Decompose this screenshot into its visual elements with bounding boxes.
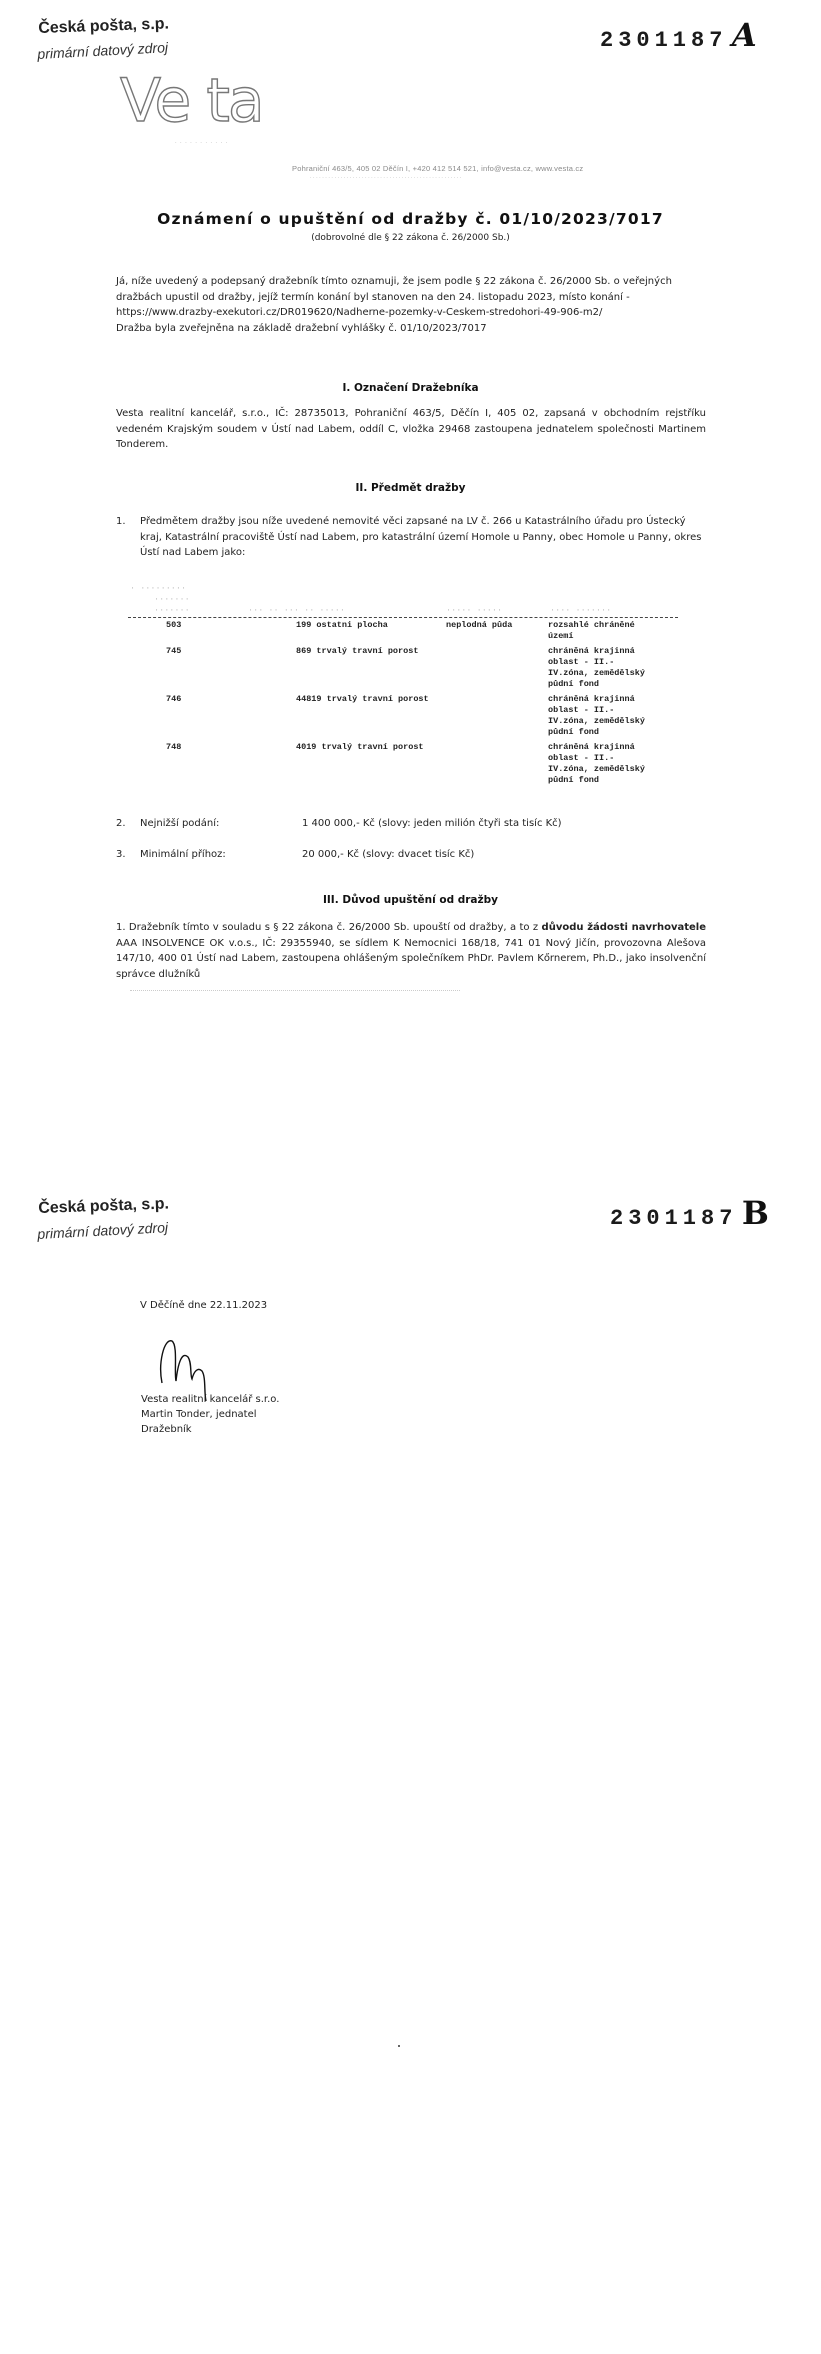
section3-text-prefix: 1. Dražebník tímto v souladu s § 22 záko… (116, 922, 542, 933)
logo-tagline: · · · · · · · · · · · (175, 140, 228, 146)
parcel-protection-line: IV.zóna, zemědělský (548, 764, 645, 775)
parcel-area-type: 44819 trvalý travní porost (296, 694, 446, 705)
parcel-protection-line: půdní fond (548, 775, 645, 786)
signatory-name: Martin Tonder, jednatel (141, 1407, 279, 1422)
parcel-protection-line: území (548, 631, 635, 642)
table-caption: · ········· (130, 583, 678, 594)
parcel-protection-line: IV.zóna, zemědělský (548, 716, 645, 727)
item3-value: 20 000,- Kč (slovy: dvacet tisíc Kč) (302, 847, 474, 863)
intro-line: dražbách upustil od dražby, jejíž termín… (116, 290, 706, 306)
parcel-usage: neplodná půda (446, 620, 512, 631)
postal-header-subtitle: primární datový zdroj (37, 39, 168, 62)
parcel-number: 503 (166, 620, 181, 631)
table-row: 74644819 trvalý travní porostchráněná kr… (128, 694, 678, 738)
parcel-protection-line: rozsahlé chráněné (548, 620, 635, 631)
parcel-protection-line: oblast - II.- (548, 657, 645, 668)
scan-speck (398, 2045, 400, 2047)
intro-line: Dražba byla zveřejněna na základě dražeb… (116, 321, 706, 337)
parcel-area-type: 199 ostatni plocha (296, 620, 446, 631)
item2-value: 1 400 000,- Kč (slovy: jeden milión čtyř… (302, 816, 562, 832)
item2-label: Nejnižší podání: (140, 816, 219, 832)
stamp-number: 2301187 (600, 28, 727, 53)
place-date: V Děčíně dne 22.11.2023 (140, 1298, 267, 1313)
document-stamp: 2301187 A (600, 16, 757, 54)
postal-header-name: Česká pošta, s.p. (38, 1195, 169, 1218)
stamp-letter: A (732, 16, 757, 54)
section-heading-1: I. Označení Dražebníka (0, 382, 821, 394)
parcel-protection: chráněná krajinnáoblast - II.-IV.zóna, z… (548, 646, 645, 690)
parcel-protection-line: oblast - II.- (548, 753, 645, 764)
signature-block: Vesta realitní kancelář s.r.o. Martin To… (141, 1392, 279, 1437)
parcel-number: 745 (166, 646, 181, 657)
section-heading-3: III. Důvod upuštění od dražby (0, 894, 821, 906)
parcel-protection-line: IV.zóna, zemědělský (548, 668, 645, 679)
table-row: 503199 ostatni plochaneplodná půdarozsah… (128, 620, 678, 642)
parcel-protection-line: půdní fond (548, 679, 645, 690)
letterhead-contact: Pohraniční 463/5, 405 02 Děčín I, +420 4… (292, 164, 583, 173)
document-subtitle: (dobrovolné dle § 22 zákona č. 26/2000 S… (0, 233, 821, 243)
parcel-protection-line: chráněná krajinná (548, 742, 645, 753)
parcel-area-type: 869 trvalý travní porost (296, 646, 446, 657)
parcel-number: 748 (166, 742, 181, 753)
parcel-area-type: 4019 trvalý travní porost (296, 742, 446, 753)
postal-header-name: Česká pošta, s.p. (38, 15, 169, 38)
parcel-protection-line: chráněná krajinná (548, 694, 645, 705)
item1-text: Předmětem dražby jsou níže uvedené nemov… (140, 514, 706, 561)
parcel-protection: chráněná krajinnáoblast - II.-IV.zóna, z… (548, 742, 645, 786)
item2-number: 2. (116, 816, 126, 832)
postal-header-subtitle: primární datový zdroj (37, 1219, 168, 1242)
parcel-number: 746 (166, 694, 181, 705)
section3-text: 1. Dražebník tímto v souladu s § 22 záko… (116, 920, 706, 982)
section3-text-bold: důvodu žádosti navrhovatele (542, 922, 706, 933)
item3-number: 3. (116, 847, 126, 863)
document-stamp: 2301187 B (610, 1194, 769, 1232)
stamp-number: 2301187 (610, 1206, 737, 1231)
parcel-protection-line: půdní fond (548, 727, 645, 738)
stamp-letter: B (742, 1194, 769, 1232)
section1-text: Vesta realitní kancelář, s.r.o., IČ: 287… (116, 406, 706, 453)
intro-paragraph: Já, níže uvedený a podepsaný dražebník t… (116, 274, 706, 336)
parcel-protection-line: oblast - II.- (548, 705, 645, 716)
scan-artifact-line (130, 990, 460, 991)
intro-link: https://www.drazby-exekutori.cz/DR019620… (116, 305, 706, 321)
parcel-protection-line: chráněná krajinná (548, 646, 645, 657)
table-row: 7484019 trvalý travní porostchráněná kra… (128, 742, 678, 786)
letterhead-registration: . . . . . . . . . . . . . . . . . . . . … (310, 174, 461, 180)
table-row: 745869 trvalý travní porostchráněná kraj… (128, 646, 678, 690)
signatory-company: Vesta realitní kancelář s.r.o. (141, 1392, 279, 1407)
table-body: 503199 ostatni plochaneplodná půdarozsah… (128, 620, 678, 786)
table-header: ······· ··· ·· ··· ·· ····· ····· ····· … (128, 605, 678, 616)
parcel-protection: rozsahlé chráněnéúzemí (548, 620, 635, 642)
table-divider (128, 617, 678, 618)
document-title: Oznámení o upuštění od dražby č. 01/10/2… (0, 210, 821, 228)
company-logo: Ve ta (120, 66, 263, 136)
section3-text-suffix: AAA INSOLVENCE OK v.o.s., IČ: 29355940, … (116, 938, 706, 980)
parcel-protection: chráněná krajinnáoblast - II.-IV.zóna, z… (548, 694, 645, 738)
parcel-table: · ········· ······· ······· ··· ·· ··· ·… (128, 583, 678, 790)
item1-number: 1. (116, 514, 136, 530)
table-header-line: ······· (154, 594, 678, 605)
section-heading-2: II. Předmět dražby (0, 482, 821, 494)
item3-label: Minimální příhoz: (140, 847, 226, 863)
intro-line: Já, níže uvedený a podepsaný dražebník t… (116, 274, 706, 290)
signatory-role: Dražebník (141, 1422, 279, 1437)
